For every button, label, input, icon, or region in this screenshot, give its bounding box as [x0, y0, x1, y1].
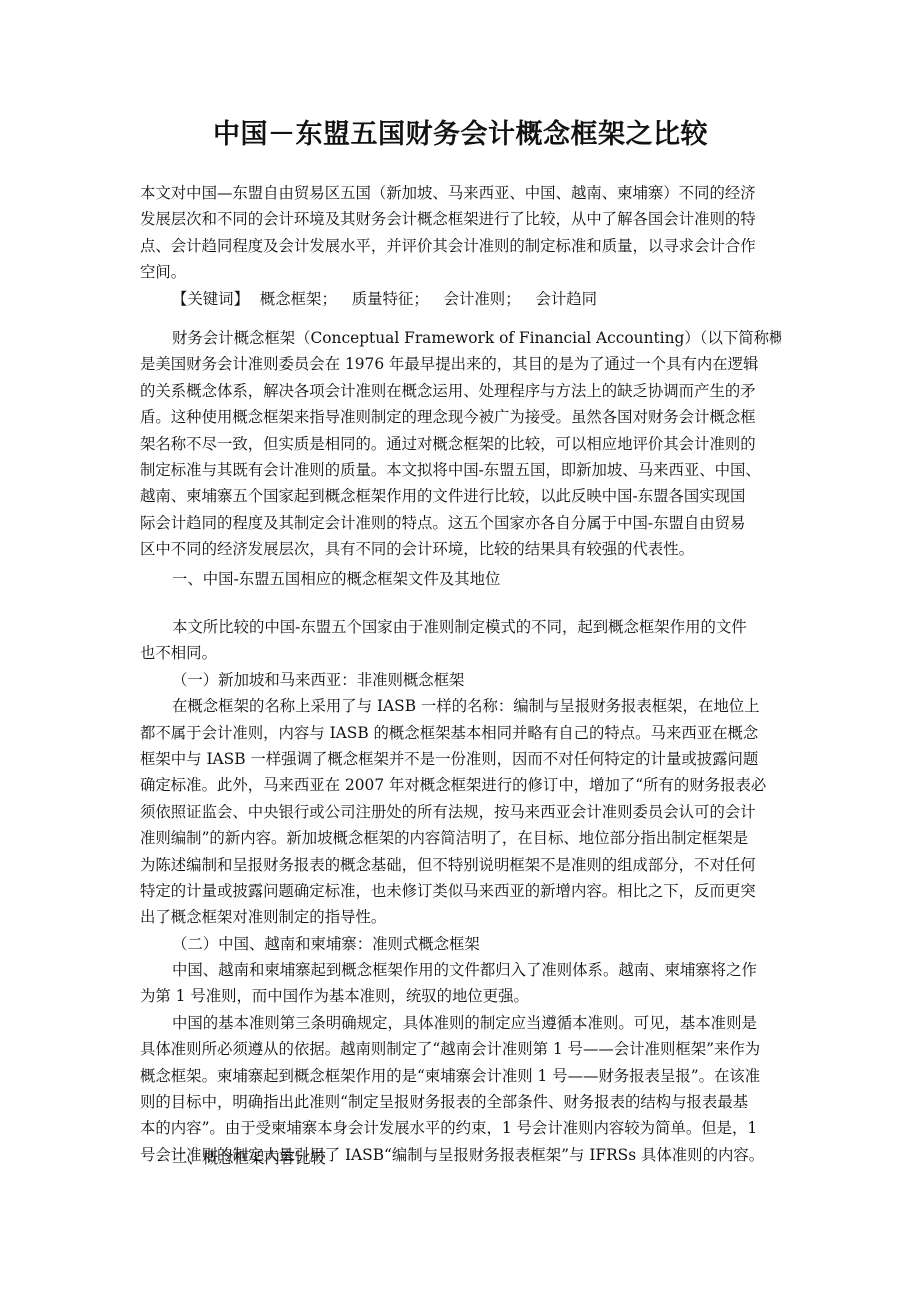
subsection-2-line: 本的内容”。由于受柬埔寨本身会计发展水平的约束，1 号会计准则内容较为简单。但是…	[140, 1115, 781, 1141]
abstract-paragraph: 本文对中国—东盟自由贸易区五国（新加坡、马来西亚、中国、越南、柬埔寨）不同的经济…	[140, 180, 781, 312]
subsection-2-line: 为第 1 号准则，而中国作为基本准则，统驭的地位更强。	[140, 983, 781, 1009]
subsection-1-line: 须依照证监会、中央银行或公司注册处的所有法规，按马来西亚会计准则委员会认可的会计	[140, 799, 781, 825]
document-title: 中国－东盟五国财务会计概念框架之比较	[140, 117, 781, 153]
subsection-1-line: 出了概念框架对准则制定的指导性。	[140, 904, 781, 930]
section-1-heading-block: 一、中国-东盟五国相应的概念框架文件及其地位	[140, 566, 781, 592]
subsection-1-line: 框架中与 IASB 一样强调了概念框架并不是一份准则，因而不对任何特定的计量或披…	[140, 746, 781, 772]
subsection-2-line: 中国、越南和柬埔寨起到概念框架作用的文件都归入了准则体系。越南、柬埔寨将之作	[140, 957, 781, 983]
subsection-2-heading: （二）中国、越南和柬埔寨：准则式概念框架	[140, 931, 781, 957]
section-1-body: 本文所比较的中国-东盟五个国家由于准则制定模式的不同，起到概念框架作用的文件 也…	[140, 614, 781, 1168]
keyword: 质量特征；	[352, 290, 429, 308]
subsection-1-line: 在概念框架的名称上采用了与 IASB 一样的名称：编制与呈报财务报表框架，在地位…	[140, 693, 781, 719]
intro-line: 际会计趋同的程度及其制定会计准则的特点。这五个国家亦各自分属于中国-东盟自由贸易	[140, 510, 781, 536]
subsection-2-line: 概念框架。柬埔寨起到概念框架作用的是“柬埔寨会计准则 1 号——财务报表呈报”。…	[140, 1063, 781, 1089]
section-2-heading: 二、概念框架内容比较	[140, 1145, 781, 1171]
abstract-line: 发展层次和不同的会计环境及其财务会计概念框架进行了比较，从中了解各国会计准则的特	[140, 206, 781, 232]
keyword: 会计准则；	[444, 290, 521, 308]
intro-line: 是美国财务会计准则委员会在 1976 年最早提出来的，其目的是为了通过一个具有内…	[140, 351, 781, 377]
intro-line: 架名称不尽一致，但实质是相同的。通过对概念框架的比较，可以相应地评价其会计准则的	[140, 431, 781, 457]
subsection-1-line: 为陈述编制和呈报财务报表的概念基础，但不特别说明框架不是准则的组成部分，不对任何	[140, 852, 781, 878]
keywords-line: 【关键词】 概念框架； 质量特征； 会计准则； 会计趋同	[140, 286, 781, 312]
subsection-1-heading: （一）新加坡和马来西亚：非准则概念框架	[140, 667, 781, 693]
intro-line: 盾。这种使用概念框架来指导准则制定的理念现今被广为接受。虽然各国对财务会计概念框	[140, 404, 781, 430]
intro-line: 越南、柬埔寨五个国家起到概念框架作用的文件进行比较，以此反映中国-东盟各国实现国	[140, 483, 781, 509]
subsection-2-line: 具体准则所必须遵从的依据。越南则制定了“越南会计准则第 1 号——会计准则框架”…	[140, 1036, 781, 1062]
subsection-2-line: 则的目标中，明确指出此准则“制定呈报财务报表的全部条件、财务报表的结构与报表最基	[140, 1089, 781, 1115]
section-2-heading-block: 二、概念框架内容比较	[140, 1145, 781, 1171]
abstract-line: 空间。	[140, 259, 781, 285]
subsection-2-line: 中国的基本准则第三条明确规定，具体准则的制定应当遵循本准则。可见，基本准则是	[140, 1010, 781, 1036]
abstract-line: 点、会计趋同程度及会计发展水平，并评价其会计准则的制定标准和质量，以寻求会计合作	[140, 233, 781, 259]
section-1-heading: 一、中国-东盟五国相应的概念框架文件及其地位	[140, 566, 781, 592]
keyword: 概念框架；	[260, 290, 337, 308]
intro-paragraph: 财务会计概念框架（Conceptual Framework of Financi…	[140, 325, 781, 563]
intro-line: 区中不同的经济发展层次，具有不同的会计环境，比较的结果具有较强的代表性。	[140, 536, 781, 562]
section-1-line: 本文所比较的中国-东盟五个国家由于准则制定模式的不同，起到概念框架作用的文件	[140, 614, 781, 640]
subsection-1-line: 特定的计量或披露问题确定标准，也未修订类似马来西亚的新增内容。相比之下，反而更突	[140, 878, 781, 904]
subsection-1-line: 准则编制”的新内容。新加坡概念框架的内容简洁明了，在目标、地位部分指出制定框架是	[140, 825, 781, 851]
section-1-line: 也不相同。	[140, 640, 781, 666]
intro-line: 的关系概念体系，解决各项会计准则在概念运用、处理程序与方法上的缺乏协调而产生的矛	[140, 378, 781, 404]
subsection-1-line: 确定标准。此外，马来西亚在 2007 年对概念框架进行的修订中，增加了“所有的财…	[140, 772, 781, 798]
abstract-line: 本文对中国—东盟自由贸易区五国（新加坡、马来西亚、中国、越南、柬埔寨）不同的经济	[140, 180, 781, 206]
intro-line: 财务会计概念框架（Conceptual Framework of Financi…	[140, 325, 781, 351]
intro-line: 制定标准与其既有会计准则的质量。本文拟将中国-东盟五国，即新加坡、马来西亚、中国…	[140, 457, 781, 483]
keywords-label: 【关键词】	[172, 290, 249, 308]
keyword: 会计趋同	[536, 290, 598, 308]
subsection-1-line: 都不属于会计准则，内容与 IASB 的概念框架基本相同并略有自己的特点。马来西亚…	[140, 720, 781, 746]
